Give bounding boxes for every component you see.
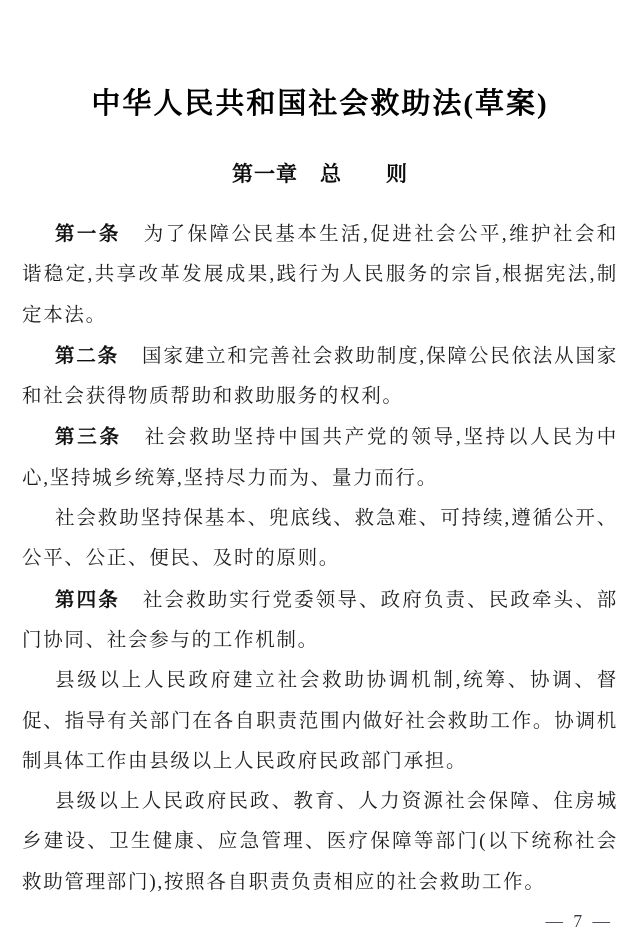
document-body: 第一条为了保障公民基本生活,促进社会公平,维护社会和谐稳定,共享改革发展成果,践… <box>22 214 618 903</box>
article-label: 第一条 <box>55 223 121 245</box>
paragraph: 第一条为了保障公民基本生活,促进社会公平,维护社会和谐稳定,共享改革发展成果,践… <box>22 214 618 336</box>
paragraph: 县级以上人民政府民政、教育、人力资源社会保障、住房城乡建设、卫生健康、应急管理、… <box>22 782 618 903</box>
paragraph-text: 县级以上人民政府建立社会救助协调机制,统筹、协调、督促、指导有关部门在各自职责范… <box>22 670 618 772</box>
paragraph-text: 县级以上人民政府民政、教育、人力资源社会保障、住房城乡建设、卫生健康、应急管理、… <box>22 791 618 893</box>
paragraph: 第四条社会救助实行党委领导、政府负责、民政牵头、部门协同、社会参与的工作机制。 <box>22 580 618 662</box>
document-page: 中华人民共和国社会救助法(草案) 第一章 总 则 第一条为了保障公民基本生活,促… <box>0 0 640 947</box>
article-label: 第二条 <box>55 345 119 367</box>
paragraph: 社会救助坚持保基本、兜底线、救急难、可持续,遵循公开、公平、公正、便民、及时的原… <box>22 499 618 580</box>
paragraph-text: 社会救助坚持保基本、兜底线、救急难、可持续,遵循公开、公平、公正、便民、及时的原… <box>22 508 618 569</box>
paragraph: 第二条国家建立和完善社会救助制度,保障公民依法从国家和社会获得物质帮助和救助服务… <box>22 336 618 418</box>
chapter-heading: 第一章 总 则 <box>22 160 618 188</box>
paragraph: 县级以上人民政府建立社会救助协调机制,统筹、协调、督促、指导有关部门在各自职责范… <box>22 661 618 782</box>
paragraph: 第三条社会救助坚持中国共产党的领导,坚持以人民为中心,坚持城乡统筹,坚持尽力而为… <box>22 417 618 499</box>
article-label: 第四条 <box>55 589 120 611</box>
article-label: 第三条 <box>55 426 122 448</box>
document-title: 中华人民共和国社会救助法(草案) <box>22 0 618 123</box>
page-number: — 7 — <box>546 911 614 932</box>
